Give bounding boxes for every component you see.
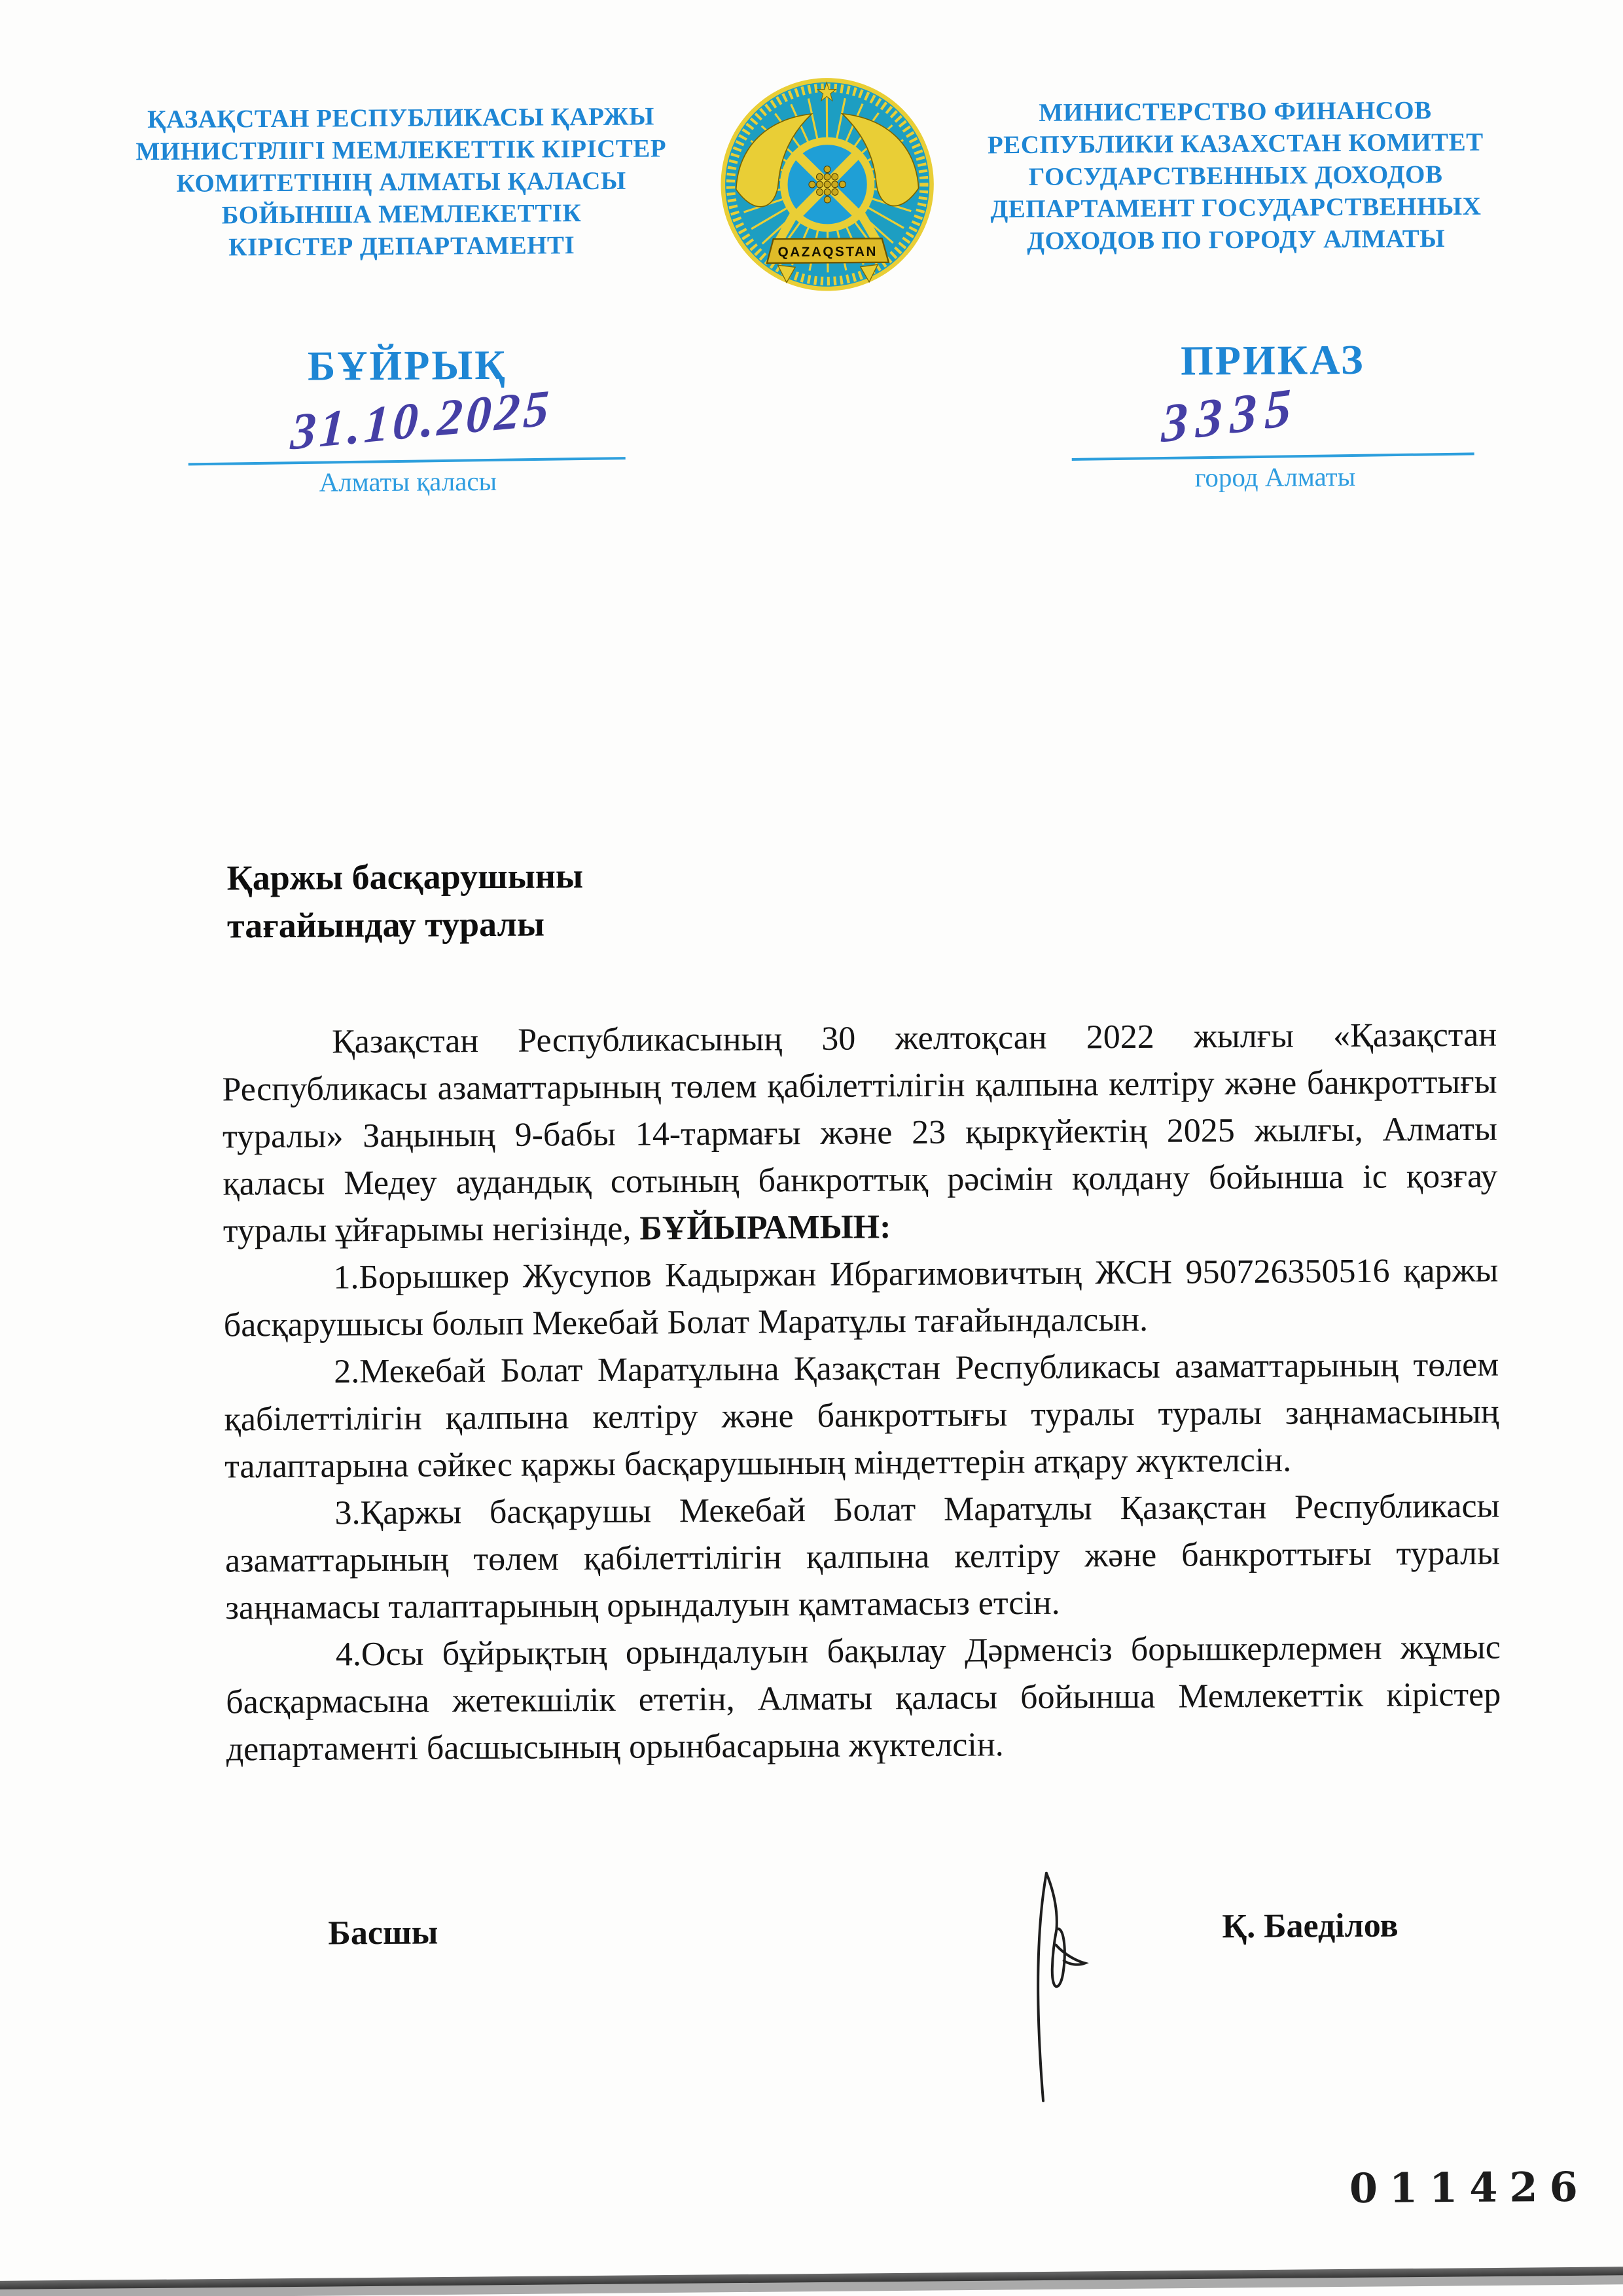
org-line: КІРІСТЕР ДЕПАРТАМЕНТІ	[120, 228, 683, 264]
order-item-1: 1.Борышкер Жусупов Кадыржан Ибрагимовичт…	[223, 1247, 1499, 1350]
order-subject: Қаржы басқарушыны тағайындау туралы	[226, 850, 947, 950]
stamped-serial-number: 011426	[1349, 2163, 1590, 2212]
org-line: ДОХОДОВ ПО ГОРОДУ АЛМАТЫ	[945, 222, 1527, 257]
org-line: МИНИСТЕРСТВО ФИНАНСОВ	[944, 94, 1526, 129]
intro-directive-word: БҰЙЫРАМЫН:	[639, 1208, 891, 1247]
org-line: РЕСПУБЛИКИ КАЗАХСТАН КОМИТЕТ	[944, 126, 1527, 161]
order-item-4: 4.Осы бұйрықтың орындалуын бақылау Дәрме…	[226, 1624, 1501, 1774]
kazakhstan-emblem-icon: QAZAQSTAN	[718, 75, 936, 294]
place-label-russian: город Алматы	[1074, 460, 1476, 494]
emblem-banner-text: QAZAQSTAN	[778, 244, 878, 260]
place-label-kazakh: Алматы қаласы	[190, 465, 626, 499]
letterhead-russian: МИНИСТЕРСТВО ФИНАНСОВ РЕСПУБЛИКИ КАЗАХСТ…	[944, 94, 1527, 257]
org-line: ҚАЗАҚСТАН РЕСПУБЛИКАСЫ ҚАРЖЫ	[119, 100, 682, 135]
org-line: ДЕПАРТАМЕНТ ГОСУДАРСТВЕННЫХ	[944, 190, 1527, 225]
org-line: МИНИСТРЛІГІ МЕМЛЕКЕТТІК КІРІСТЕР	[120, 132, 683, 168]
order-item-3: 3.Қаржы басқарушы Мекебай Болат Маратұлы…	[224, 1483, 1500, 1632]
scan-tilt-layer: ҚАЗАҚСТАН РЕСПУБЛИКАСЫ ҚАРЖЫ МИНИСТРЛІГІ…	[0, 0, 1623, 2296]
intro-paragraph: Қазақстан Республикасының 30 желтоқсан 2…	[222, 1012, 1498, 1255]
subject-line: тағайындау туралы	[227, 898, 947, 950]
org-line: КОМИТЕТІНІҢ АЛМАТЫ ҚАЛАСЫ	[120, 164, 683, 200]
signer-position-title: Басшы	[328, 1914, 438, 1953]
number-underline	[1072, 452, 1474, 461]
order-body: Қазақстан Республикасының 30 желтоқсан 2…	[222, 1012, 1501, 1774]
letterhead-kazakh: ҚАЗАҚСТАН РЕСПУБЛИКАСЫ ҚАРЖЫ МИНИСТРЛІГІ…	[119, 100, 683, 264]
signer-name: Қ. Баеділов	[1222, 1906, 1444, 1946]
order-document-page: ҚАЗАҚСТАН РЕСПУБЛИКАСЫ ҚАРЖЫ МИНИСТРЛІГІ…	[0, 0, 1623, 2296]
subject-line: Қаржы басқарушыны	[226, 850, 946, 903]
org-line: БОЙЫНША МЕМЛЕКЕТТІК	[120, 196, 683, 232]
handwritten-signature	[1022, 1865, 1105, 2109]
order-item-2: 2.Мекебай Болат Маратұлына Қазақстан Рес…	[224, 1342, 1499, 1491]
org-line: ГОСУДАРСТВЕННЫХ ДОХОДОВ	[944, 158, 1527, 193]
